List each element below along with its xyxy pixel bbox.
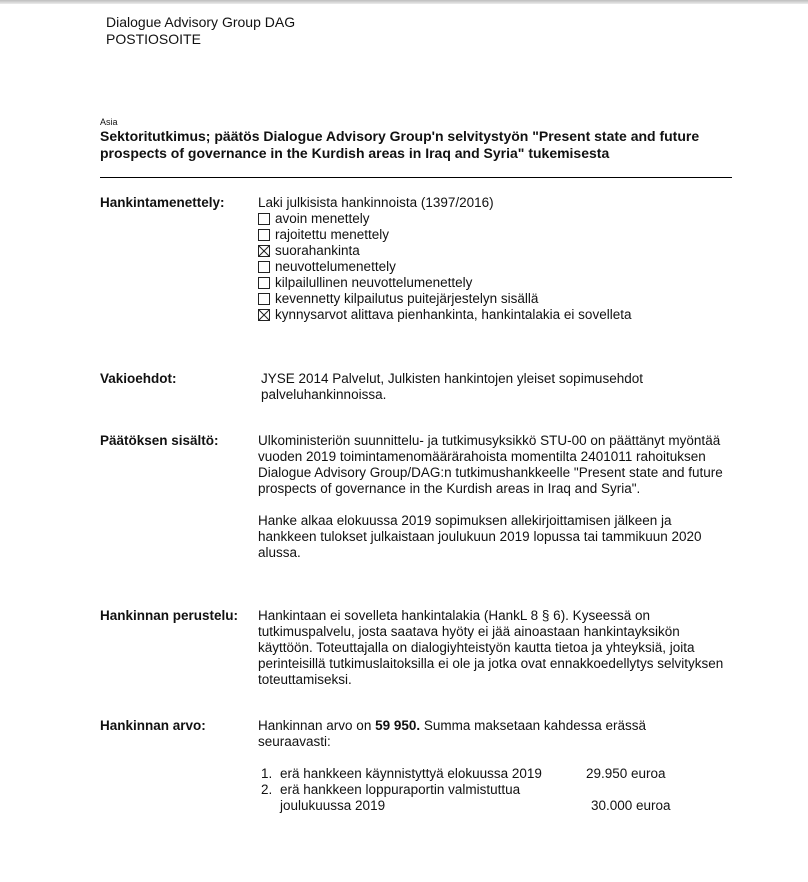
procedure-option: avoin menettely <box>258 211 728 227</box>
value-amount: 59 950. <box>375 718 420 733</box>
procedure-option-label: avoin menettely <box>275 211 370 227</box>
checked-box-icon <box>258 309 270 321</box>
installment-number: 2. <box>261 782 272 798</box>
decision-paragraph-2: Hanke alkaa elokuussa 2019 sopimuksen al… <box>258 513 728 561</box>
recipient-postal-address: POSTIOSOITE <box>106 31 295 48</box>
checked-box-icon <box>258 245 270 257</box>
subject-divider <box>100 177 732 178</box>
installment-description: erä hankkeen käynnistyttyä elokuussa 201… <box>280 766 542 781</box>
value-text-before: Hankinnan arvo on <box>258 718 375 733</box>
procedure-option-label: kevennetty kilpailutus puitejärjestelyn … <box>275 291 538 307</box>
installment-amount-2: 30.000 euroa <box>591 798 671 814</box>
value-label: Hankinnan arvo: <box>100 718 206 734</box>
value-content: Hankinnan arvo on 59 950. Summa maksetaa… <box>258 718 698 750</box>
unchecked-box-icon <box>258 293 270 305</box>
unchecked-box-icon <box>258 229 270 241</box>
decision-paragraph-1: Ulkoministeriön suunnittelu- ja tutkimus… <box>258 433 728 497</box>
recipient-name: Dialogue Advisory Group DAG <box>106 14 295 31</box>
procedure-option: rajoitettu menettely <box>258 227 728 243</box>
procedure-option-label: kynnysarvot alittava pienhankinta, hanki… <box>275 307 631 323</box>
decision-content: Ulkoministeriön suunnittelu- ja tutkimus… <box>258 433 728 561</box>
procedure-option: neuvottelumenettely <box>258 259 728 275</box>
recipient-address: Dialogue Advisory Group DAG POSTIOSOITE <box>106 14 295 48</box>
decision-label: Päätöksen sisältö: <box>100 433 219 449</box>
procedure-option-label: suorahankinta <box>275 243 360 259</box>
procedure-option-label: kilpailullinen neuvottelumenettely <box>275 275 472 291</box>
procedure-label: Hankintamenettely: <box>100 195 225 211</box>
procedure-law: Laki julkisista hankinnoista (1397/2016) <box>258 195 728 211</box>
terms-text: JYSE 2014 Palvelut, Julkisten hankintoje… <box>261 371 681 403</box>
page-top-edge <box>0 0 808 4</box>
procedure-option-label: rajoitettu menettely <box>275 227 389 243</box>
procedure-option: kevennetty kilpailutus puitejärjestelyn … <box>258 291 728 307</box>
installment-number: 1. <box>261 766 272 782</box>
procedure-option-label: neuvottelumenettely <box>275 259 396 275</box>
unchecked-box-icon <box>258 277 270 289</box>
procedure-option: suorahankinta <box>258 243 728 259</box>
installment-item: 2. erä hankkeen loppuraportin valmistutt… <box>258 782 530 814</box>
unchecked-box-icon <box>258 261 270 273</box>
installment-amount-1: 29.950 euroa <box>586 766 666 782</box>
unchecked-box-icon <box>258 213 270 225</box>
terms-label: Vakioehdot: <box>100 371 177 387</box>
justification-label: Hankinnan perustelu: <box>100 608 238 624</box>
subject-title: Sektoritutkimus; päätös Dialogue Advisor… <box>100 128 740 162</box>
procedure-option: kilpailullinen neuvottelumenettely <box>258 275 728 291</box>
procedure-content: Laki julkisista hankinnoista (1397/2016)… <box>258 195 728 323</box>
subject-label: Asia <box>100 117 118 128</box>
procedure-options: avoin menettelyrajoitettu menettelysuora… <box>258 211 728 323</box>
procedure-option: kynnysarvot alittava pienhankinta, hanki… <box>258 307 728 323</box>
justification-text: Hankintaan ei sovelleta hankintalakia (H… <box>258 608 728 688</box>
installment-description: erä hankkeen loppuraportin valmistuttua … <box>280 782 520 813</box>
